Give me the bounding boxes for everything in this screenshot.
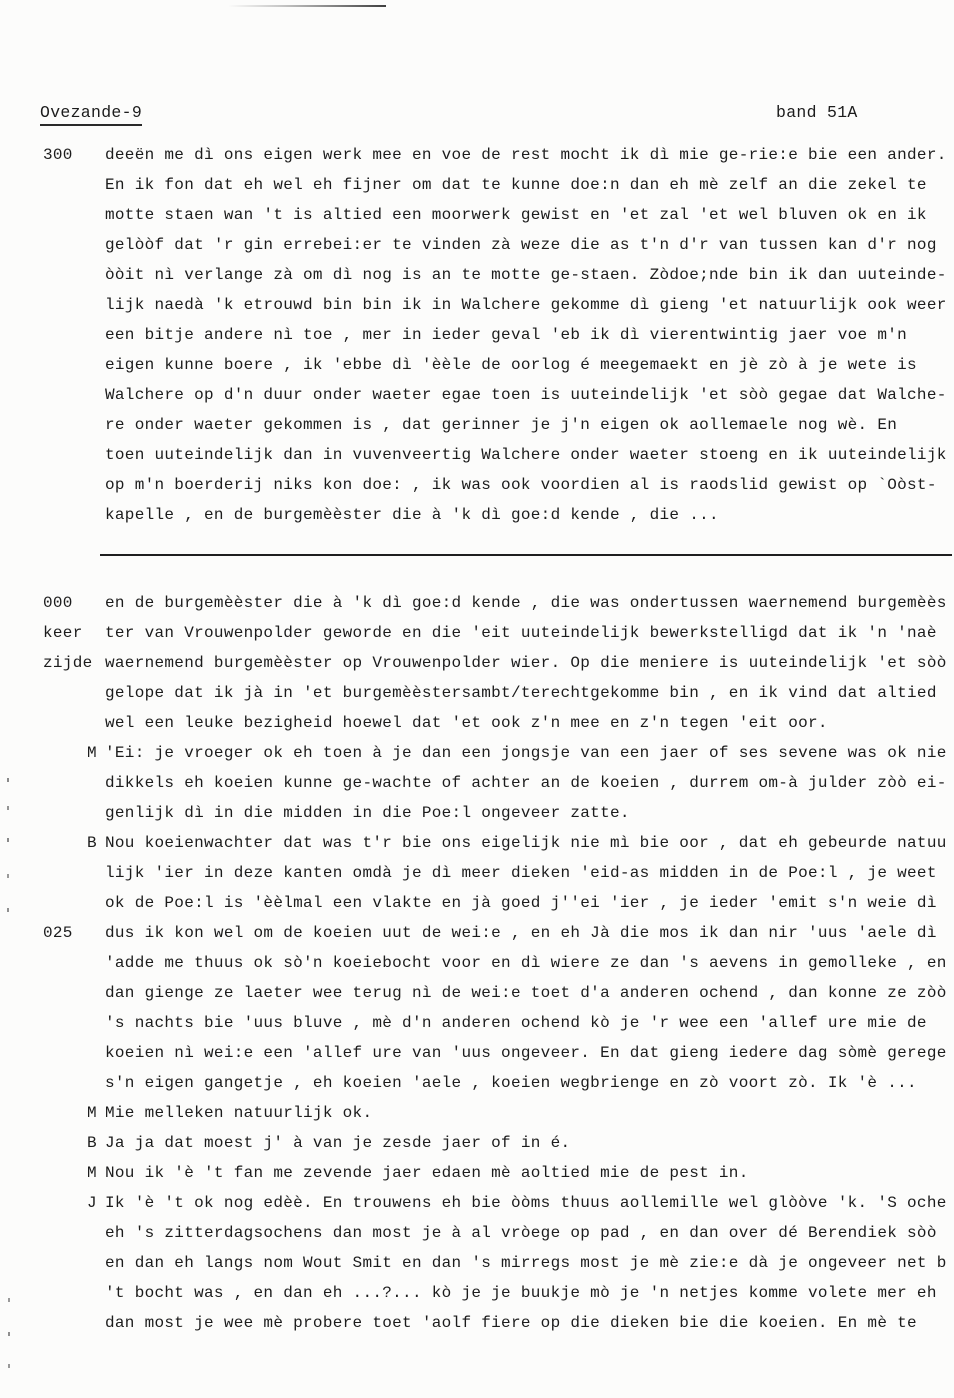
speaker-label bbox=[87, 500, 105, 530]
line-text: 'Ei: je vroeger ok eh toen à je dan een … bbox=[105, 738, 954, 768]
speaker-label: M bbox=[87, 738, 105, 768]
speaker-label: J bbox=[87, 1188, 105, 1218]
speaker-label bbox=[87, 1278, 105, 1308]
margin-counter bbox=[0, 1098, 87, 1128]
transcript-line: en dan eh langs nom Wout Smit en dan 's … bbox=[0, 1248, 954, 1278]
line-text: 'adde me thuus ok sò'n koeiebocht voor e… bbox=[105, 948, 954, 978]
speaker-label bbox=[87, 1218, 105, 1248]
line-text: op m'n boerderij niks kon doe: , ik was … bbox=[105, 470, 954, 500]
margin-counter bbox=[0, 798, 87, 828]
margin-counter bbox=[0, 738, 87, 768]
transcript-line: lijk 'ier in deze kanten omdà je dì meer… bbox=[0, 858, 954, 888]
transcript-line: lijk naedà 'k etrouwd bin bin ik in Walc… bbox=[0, 290, 954, 320]
margin-counter bbox=[0, 470, 87, 500]
transcript-line: re onder waeter gekommen is , dat gerinn… bbox=[0, 410, 954, 440]
transcript-line: J Ik 'è 't ok nog edèè. En trouwens eh b… bbox=[0, 1188, 954, 1218]
margin-counter bbox=[0, 678, 87, 708]
line-text: gelòòf dat 'r gin errebei:er te vinden z… bbox=[105, 230, 954, 260]
document-title: Ovezande-9 bbox=[40, 103, 142, 126]
transcript-section: 000 en de burgemèèster die à 'k dì goe:d… bbox=[0, 588, 954, 1338]
speaker-label: B bbox=[87, 1128, 105, 1158]
line-text: en de burgemèèster die à 'k dì goe:d ken… bbox=[105, 588, 954, 618]
speaker-label bbox=[87, 350, 105, 380]
margin-counter bbox=[0, 440, 87, 470]
speaker-label bbox=[87, 140, 105, 170]
margin-counter bbox=[0, 380, 87, 410]
speaker-label bbox=[87, 978, 105, 1008]
transcript-body: 300 deeën me dì ons eigen werk mee en vo… bbox=[0, 140, 954, 1338]
speaker-label bbox=[87, 170, 105, 200]
transcript-line: M Nou ik 'è 't fan me zevende jaer edaen… bbox=[0, 1158, 954, 1188]
margin-counter: 300 bbox=[0, 140, 87, 170]
tape-band-label: band 51A bbox=[776, 103, 858, 122]
speaker-label bbox=[87, 1008, 105, 1038]
speaker-label bbox=[87, 588, 105, 618]
margin-counter bbox=[0, 708, 87, 738]
line-text: eigen kunne boere , ik 'ebbe dì 'èèle de… bbox=[105, 350, 954, 380]
transcript-line: 'adde me thuus ok sò'n koeiebocht voor e… bbox=[0, 948, 954, 978]
line-text: 's nachts bie 'uus bluve , mè d'n andere… bbox=[105, 1008, 954, 1038]
line-text: lijk naedà 'k etrouwd bin bin ik in Walc… bbox=[105, 290, 954, 320]
margin-counter bbox=[0, 1248, 87, 1278]
margin-counter bbox=[0, 170, 87, 200]
transcript-line: kapelle , en de burgemèèster die à 'k dì… bbox=[0, 500, 954, 530]
line-text: ok de Poe:l is 'èèlmal een vlakte en jà … bbox=[105, 888, 954, 918]
line-text: waernemend burgemèèster op Vrouwenpolder… bbox=[105, 648, 954, 678]
margin-counter bbox=[0, 1008, 87, 1038]
line-text: wel een leuke bezigheid hoewel dat 'et o… bbox=[105, 708, 954, 738]
transcript-line: M 'Ei: je vroeger ok eh toen à je dan ee… bbox=[0, 738, 954, 768]
speaker-label bbox=[87, 230, 105, 260]
transcript-line: 025 dus ik kon wel om de koeien uut de w… bbox=[0, 918, 954, 948]
margin-counter bbox=[0, 1308, 87, 1338]
transcript-line: 300 deeën me dì ons eigen werk mee en vo… bbox=[0, 140, 954, 170]
transcript-line: op m'n boerderij niks kon doe: , ik was … bbox=[0, 470, 954, 500]
line-text: gelope dat ik jà in 'et burgemèèstersamb… bbox=[105, 678, 954, 708]
transcript-line: gelope dat ik jà in 'et burgemèèstersamb… bbox=[0, 678, 954, 708]
transcript-line: 000 en de burgemèèster die à 'k dì goe:d… bbox=[0, 588, 954, 618]
speaker-label bbox=[87, 888, 105, 918]
line-text: dan gienge ze laeter wee terug nì de wei… bbox=[105, 978, 954, 1008]
speaker-label bbox=[87, 918, 105, 948]
line-text: 't bocht was , en dan eh ...?... kò je j… bbox=[105, 1278, 954, 1308]
transcript-line: genlijk dì in die midden in die Poe:l on… bbox=[0, 798, 954, 828]
transcript-line: motte staen wan 't is altied een moorwer… bbox=[0, 200, 954, 230]
margin-counter bbox=[0, 1068, 87, 1098]
margin-counter bbox=[0, 948, 87, 978]
transcript-line: keer ter van Vrouwenpolder geworde en di… bbox=[0, 618, 954, 648]
margin-counter bbox=[0, 858, 87, 888]
line-text: Mie melleken natuurlijk ok. bbox=[105, 1098, 954, 1128]
speaker-label bbox=[87, 410, 105, 440]
speaker-label bbox=[87, 200, 105, 230]
transcript-line: zijde waernemend burgemèèster op Vrouwen… bbox=[0, 648, 954, 678]
scanned-document-page: Ovezande-9 band 51A 300 deeën me dì ons … bbox=[0, 0, 954, 1398]
margin-counter: keer bbox=[0, 618, 87, 648]
margin-counter bbox=[0, 230, 87, 260]
transcript-line: koeien nì wei:e een 'allef ure van 'uus … bbox=[0, 1038, 954, 1068]
line-text: Walchere op d'n duur onder waeter egae t… bbox=[105, 380, 954, 410]
speaker-label: M bbox=[87, 1098, 105, 1128]
margin-counter bbox=[0, 1158, 87, 1188]
margin-counter bbox=[0, 1278, 87, 1308]
margin-counter bbox=[0, 1038, 87, 1068]
transcript-line: s'n eigen gangetje , eh koeien 'aele , k… bbox=[0, 1068, 954, 1098]
margin-counter bbox=[0, 500, 87, 530]
margin-counter bbox=[0, 888, 87, 918]
transcript-line: Walchere op d'n duur onder waeter egae t… bbox=[0, 380, 954, 410]
line-text: dan most je wee mè probere toet 'aolf fi… bbox=[105, 1308, 954, 1338]
transcript-line: B Ja ja dat moest j' à van je zesde jaer… bbox=[0, 1128, 954, 1158]
transcript-line: 't bocht was , en dan eh ...?... kò je j… bbox=[0, 1278, 954, 1308]
transcript-section: 300 deeën me dì ons eigen werk mee en vo… bbox=[0, 140, 954, 530]
transcript-line: gelòòf dat 'r gin errebei:er te vinden z… bbox=[0, 230, 954, 260]
transcript-line: eigen kunne boere , ik 'ebbe dì 'èèle de… bbox=[0, 350, 954, 380]
speaker-label bbox=[87, 1248, 105, 1278]
speaker-label bbox=[87, 470, 105, 500]
transcript-line: toen uuteindelijk dan in vuvenveertig Wa… bbox=[0, 440, 954, 470]
transcript-line: wel een leuke bezigheid hoewel dat 'et o… bbox=[0, 708, 954, 738]
speaker-label bbox=[87, 1308, 105, 1338]
line-text: motte staen wan 't is altied een moorwer… bbox=[105, 200, 954, 230]
speaker-label: M bbox=[87, 1158, 105, 1188]
transcript-line: òòit nì verlange zà om dì nog is an te m… bbox=[0, 260, 954, 290]
line-text: kapelle , en de burgemèèster die à 'k dì… bbox=[105, 500, 954, 530]
margin-counter bbox=[0, 200, 87, 230]
margin-counter: 025 bbox=[0, 918, 87, 948]
margin-counter bbox=[0, 1128, 87, 1158]
line-text: koeien nì wei:e een 'allef ure van 'uus … bbox=[105, 1038, 954, 1068]
margin-counter bbox=[0, 260, 87, 290]
speaker-label bbox=[87, 440, 105, 470]
line-text: een bitje andere nì toe , mer in ieder g… bbox=[105, 320, 954, 350]
transcript-line: M Mie melleken natuurlijk ok. bbox=[0, 1098, 954, 1128]
margin-counter bbox=[0, 828, 87, 858]
line-text: dus ik kon wel om de koeien uut de wei:e… bbox=[105, 918, 954, 948]
speaker-label bbox=[87, 290, 105, 320]
line-text: lijk 'ier in deze kanten omdà je dì meer… bbox=[105, 858, 954, 888]
line-text: Ik 'è 't ok nog edèè. En trouwens eh bie… bbox=[105, 1188, 954, 1218]
line-text: Nou ik 'è 't fan me zevende jaer edaen m… bbox=[105, 1158, 954, 1188]
scan-artifact bbox=[228, 5, 386, 7]
speaker-label bbox=[87, 768, 105, 798]
speaker-label bbox=[87, 380, 105, 410]
line-text: deeën me dì ons eigen werk mee en voe de… bbox=[105, 140, 954, 170]
transcript-line: ok de Poe:l is 'èèlmal een vlakte en jà … bbox=[0, 888, 954, 918]
margin-counter bbox=[0, 978, 87, 1008]
transcript-line: B Nou koeienwachter dat was t'r bie ons … bbox=[0, 828, 954, 858]
line-text: s'n eigen gangetje , eh koeien 'aele , k… bbox=[105, 1068, 954, 1098]
speaker-label bbox=[87, 320, 105, 350]
speaker-label bbox=[87, 648, 105, 678]
speaker-label bbox=[87, 708, 105, 738]
margin-counter bbox=[0, 290, 87, 320]
line-text: En ik fon dat eh wel eh fijner om dat te… bbox=[105, 170, 954, 200]
line-text: re onder waeter gekommen is , dat gerinn… bbox=[105, 410, 954, 440]
margin-counter bbox=[0, 768, 87, 798]
margin-counter bbox=[0, 1188, 87, 1218]
margin-counter: zijde bbox=[0, 648, 87, 678]
line-text: dikkels eh koeien kunne ge-wachte of ach… bbox=[105, 768, 954, 798]
transcript-line: dan gienge ze laeter wee terug nì de wei… bbox=[0, 978, 954, 1008]
speaker-label bbox=[87, 798, 105, 828]
line-text: Nou koeienwachter dat was t'r bie ons ei… bbox=[105, 828, 954, 858]
line-text: toen uuteindelijk dan in vuvenveertig Wa… bbox=[105, 440, 954, 470]
speaker-label bbox=[87, 858, 105, 888]
speaker-label bbox=[87, 948, 105, 978]
margin-counter bbox=[0, 320, 87, 350]
margin-counter bbox=[0, 1218, 87, 1248]
line-text: en dan eh langs nom Wout Smit en dan 's … bbox=[105, 1248, 954, 1278]
transcript-line: dikkels eh koeien kunne ge-wachte of ach… bbox=[0, 768, 954, 798]
margin-counter: 000 bbox=[0, 588, 87, 618]
speaker-label: B bbox=[87, 828, 105, 858]
transcript-line: eh 's zitterdagsochens dan most je à al … bbox=[0, 1218, 954, 1248]
transcript-line: dan most je wee mè probere toet 'aolf fi… bbox=[0, 1308, 954, 1338]
speaker-label bbox=[87, 1068, 105, 1098]
line-text: eh 's zitterdagsochens dan most je à al … bbox=[105, 1218, 954, 1248]
speaker-label bbox=[87, 260, 105, 290]
speaker-label bbox=[87, 618, 105, 648]
speaker-label bbox=[87, 1038, 105, 1068]
margin-counter bbox=[0, 410, 87, 440]
transcript-line: En ik fon dat eh wel eh fijner om dat te… bbox=[0, 170, 954, 200]
transcript-line: 's nachts bie 'uus bluve , mè d'n andere… bbox=[0, 1008, 954, 1038]
speaker-label bbox=[87, 678, 105, 708]
section-divider bbox=[100, 554, 952, 556]
line-text: ter van Vrouwenpolder geworde en die 'ei… bbox=[105, 618, 954, 648]
transcript-line: een bitje andere nì toe , mer in ieder g… bbox=[0, 320, 954, 350]
line-text: genlijk dì in die midden in die Poe:l on… bbox=[105, 798, 954, 828]
margin-counter bbox=[0, 350, 87, 380]
line-text: Ja ja dat moest j' à van je zesde jaer o… bbox=[105, 1128, 954, 1158]
line-text: òòit nì verlange zà om dì nog is an te m… bbox=[105, 260, 954, 290]
